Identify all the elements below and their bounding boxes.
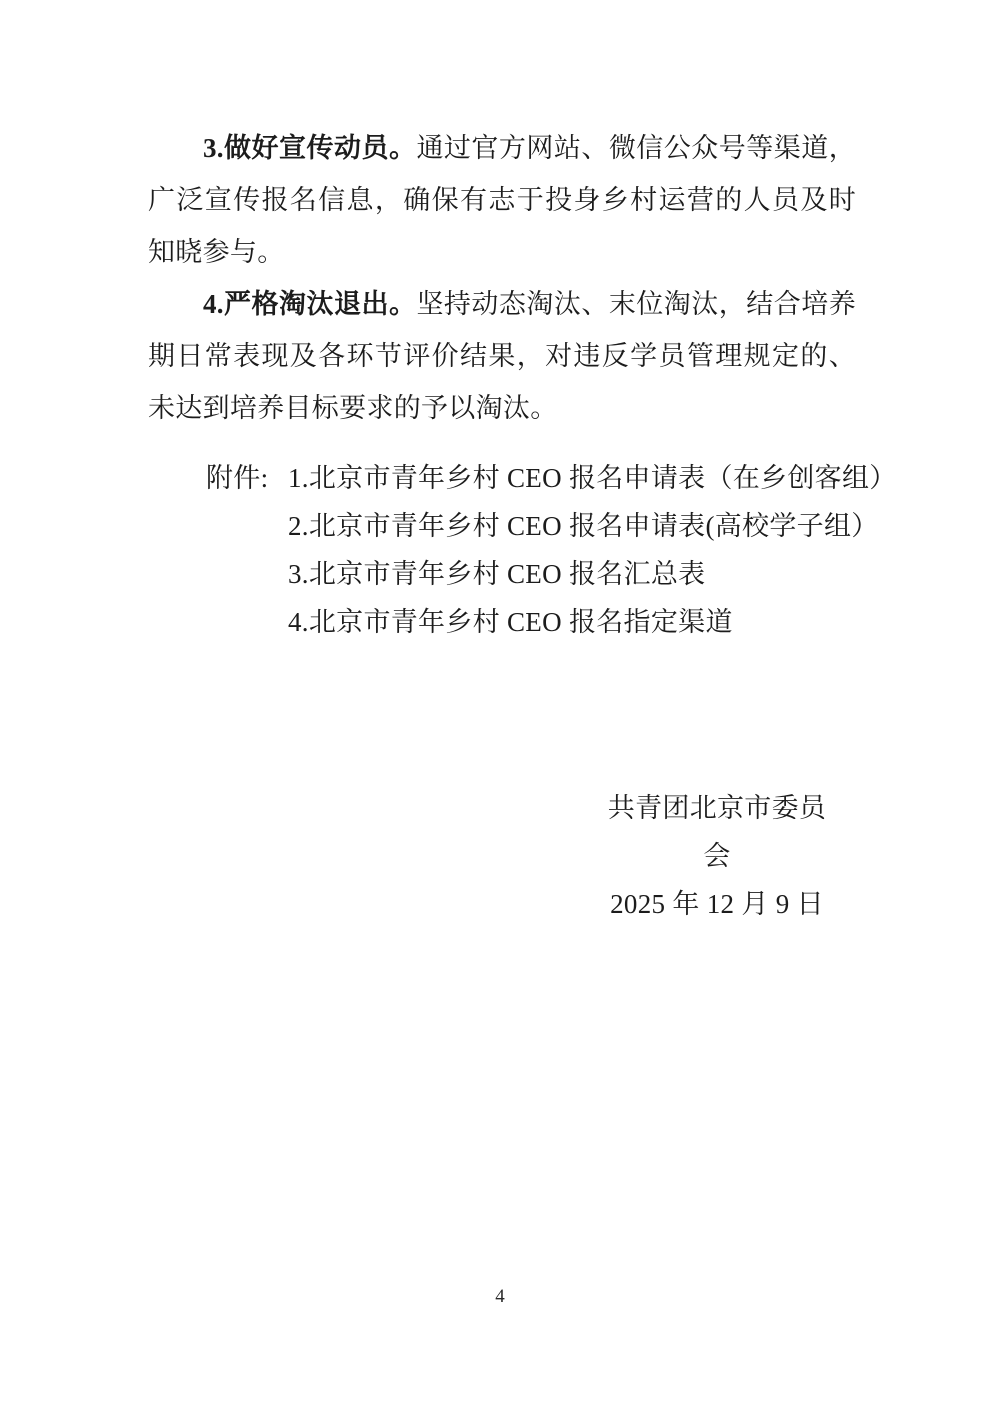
page-number: 4	[0, 1286, 1000, 1308]
document-body: 3.做好宣传动员。通过官方网站、微信公众号等渠道，广泛宣传报名信息，确保有志于投…	[148, 122, 856, 434]
attachment-item-2: 2.北京市青年乡村 CEO 报名申请表(高校学子组）	[288, 511, 879, 541]
attachment-line-4: 4.北京市青年乡村 CEO 报名指定渠道	[206, 598, 896, 646]
attachment-item-3: 3.北京市青年乡村 CEO 报名汇总表	[288, 559, 705, 589]
attachment-line-2: 2.北京市青年乡村 CEO 报名申请表(高校学子组）	[206, 502, 896, 550]
signature-date: 2025 年 12 月 9 日	[597, 880, 837, 928]
attachments-block: 附件:1.北京市青年乡村 CEO 报名申请表（在乡创客组） 2.北京市青年乡村 …	[206, 454, 896, 646]
paragraph-4: 4.严格淘汰退出。坚持动态淘汰、末位淘汰，结合培养期日常表现及各环节评价结果，对…	[148, 278, 856, 434]
signature-block: 共青团北京市委员会 2025 年 12 月 9 日	[597, 784, 837, 928]
attachment-item-1: 1.北京市青年乡村 CEO 报名申请表（在乡创客组）	[288, 463, 897, 493]
paragraph-4-lead: 4.严格淘汰退出。	[203, 289, 416, 319]
paragraph-3-lead: 3.做好宣传动员。	[203, 133, 416, 163]
signature-org: 共青团北京市委员会	[597, 784, 837, 880]
attachment-line-3: 3.北京市青年乡村 CEO 报名汇总表	[206, 550, 896, 598]
attachment-line-1: 附件:1.北京市青年乡村 CEO 报名申请表（在乡创客组）	[206, 454, 896, 502]
document-page: 3.做好宣传动员。通过官方网站、微信公众号等渠道，广泛宣传报名信息，确保有志于投…	[0, 0, 1000, 1413]
attachment-item-4: 4.北京市青年乡村 CEO 报名指定渠道	[288, 607, 733, 637]
paragraph-3: 3.做好宣传动员。通过官方网站、微信公众号等渠道，广泛宣传报名信息，确保有志于投…	[148, 122, 856, 278]
attachments-label: 附件:	[206, 454, 278, 502]
